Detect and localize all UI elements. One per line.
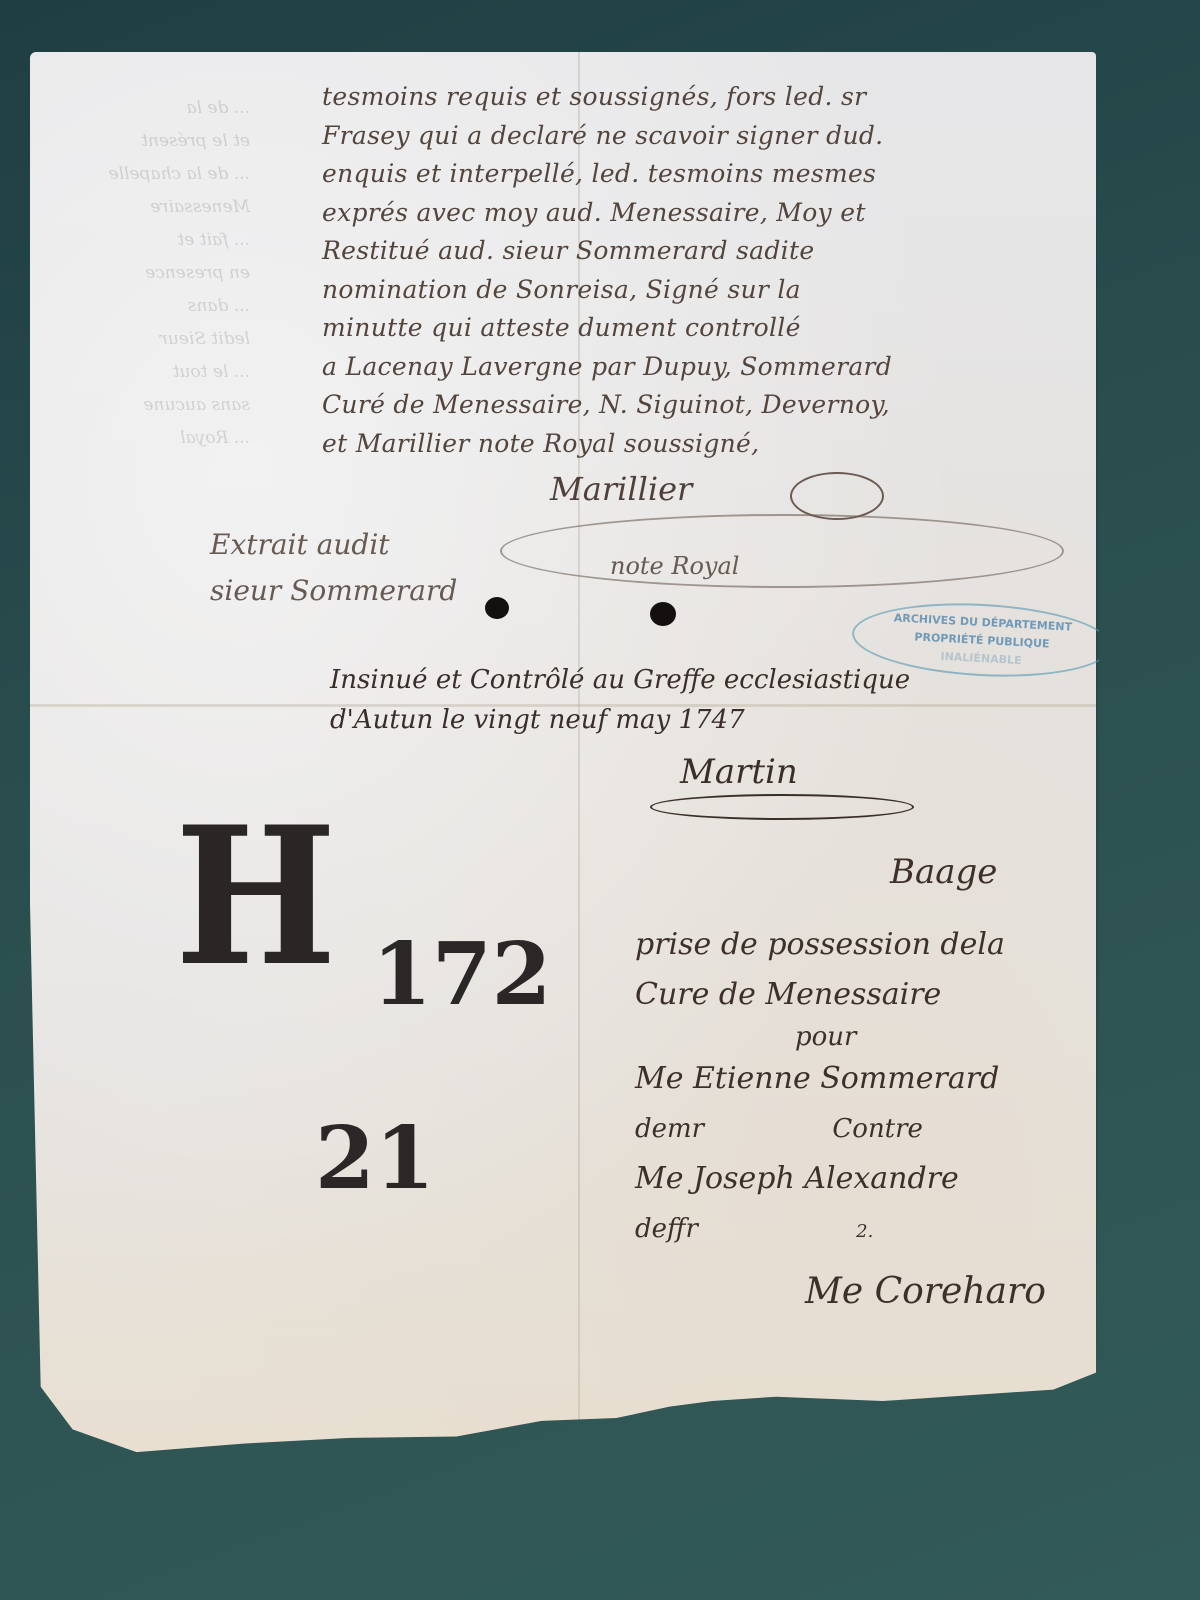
notary-title: note Royal xyxy=(610,552,739,580)
docket-number-mark: 2. xyxy=(706,1221,873,1242)
deed-line: enquis et interpellé, led. tesmoins mesm… xyxy=(322,155,892,194)
bleed-through-text: ... de la et le présent ... de la chapel… xyxy=(50,92,250,455)
extract-line-2: sieur Sommerard xyxy=(210,568,457,614)
notary-signature: Marillier xyxy=(550,470,692,508)
deed-line: a Lacenay Lavergne par Dupuy, Sommerard xyxy=(322,348,892,387)
bleed-line: en presence xyxy=(50,257,250,290)
docket-plaintiff: Me Etienne Sommerard xyxy=(635,1054,1046,1104)
deed-line: Frasey qui a declaré ne scavoir signer d… xyxy=(322,117,892,156)
registrar-flourish-icon xyxy=(650,794,914,820)
registrar-signature: Martin xyxy=(680,752,798,792)
docket-defendant: Me Joseph Alexandre xyxy=(635,1154,1046,1204)
extract-note: Extrait audit sieur Sommerard xyxy=(210,522,457,614)
deed-line: minutte qui atteste dument controllé xyxy=(322,309,892,348)
bleed-line: ... fait et xyxy=(50,224,250,257)
bleed-line: ... de la xyxy=(50,92,250,125)
archive-box-number: 172 xyxy=(372,932,552,1018)
registration-line-1: Insinué et Contrôlé au Greffe ecclesiast… xyxy=(330,660,910,700)
docket-role-row: demr Contre xyxy=(635,1104,1046,1154)
paraph-loop-icon xyxy=(500,514,1064,588)
docket-attorney: Me Coreharo xyxy=(635,1257,1046,1327)
manuscript-page: ... de la et le présent ... de la chapel… xyxy=(30,52,1096,1472)
deed-line: tesmoins requis et soussignés, fors led.… xyxy=(322,78,892,117)
deed-line: Restitué aud. sieur Sommerard sadite xyxy=(322,232,892,271)
docket-title-line-1: prise de possession dela xyxy=(635,920,1046,970)
bleed-line: ... Royal xyxy=(50,422,250,455)
registration-note: Insinué et Contrôlé au Greffe ecclesiast… xyxy=(330,660,910,740)
bleed-line: ledit Sieur xyxy=(50,323,250,356)
deed-line: nomination de Sonreisa, Signé sur la xyxy=(322,271,892,310)
bleed-line: sans aucune xyxy=(50,389,250,422)
archive-item-number: 21 xyxy=(315,1116,435,1202)
plaintiff-role: demr xyxy=(635,1114,704,1144)
deed-line: exprés avec moy aud. Menessaire, Moy et xyxy=(322,194,892,233)
ink-blot-icon xyxy=(485,597,509,619)
docket-title-line-2: Cure de Menessaire xyxy=(635,970,1046,1020)
extract-line-1: Extrait audit xyxy=(210,522,457,568)
bleed-line: ... dans xyxy=(50,290,250,323)
archive-series-letter: H xyxy=(175,802,333,992)
bleed-line: et le présent xyxy=(50,125,250,158)
bleed-line: Menessaire xyxy=(50,191,250,224)
defendant-role: deffr xyxy=(635,1214,698,1244)
docket-defendant-role-row: deffr 2. xyxy=(635,1204,1046,1257)
registration-line-2: d'Autun le vingt neuf may 1747 xyxy=(330,700,910,740)
bleed-line: ... de la chapelle xyxy=(50,158,250,191)
main-deed-text: tesmoins requis et soussignés, fors led.… xyxy=(322,78,892,463)
deed-line: Curé de Menessaire, N. Siguinot, Deverno… xyxy=(322,386,892,425)
docket-pour: pour xyxy=(635,1020,1046,1054)
docket-contre: Contre xyxy=(712,1114,923,1144)
bleed-line: ... le tout xyxy=(50,356,250,389)
ink-blot-icon xyxy=(650,602,676,626)
signature-flourish-icon xyxy=(790,472,884,520)
attorney-paraph-icon xyxy=(1106,1328,1140,1366)
deed-line: et Marillier note Royal soussigné, xyxy=(322,425,892,464)
docket-place: Baage xyxy=(890,852,997,892)
docket-body: prise de possession dela Cure de Menessa… xyxy=(635,920,1046,1327)
